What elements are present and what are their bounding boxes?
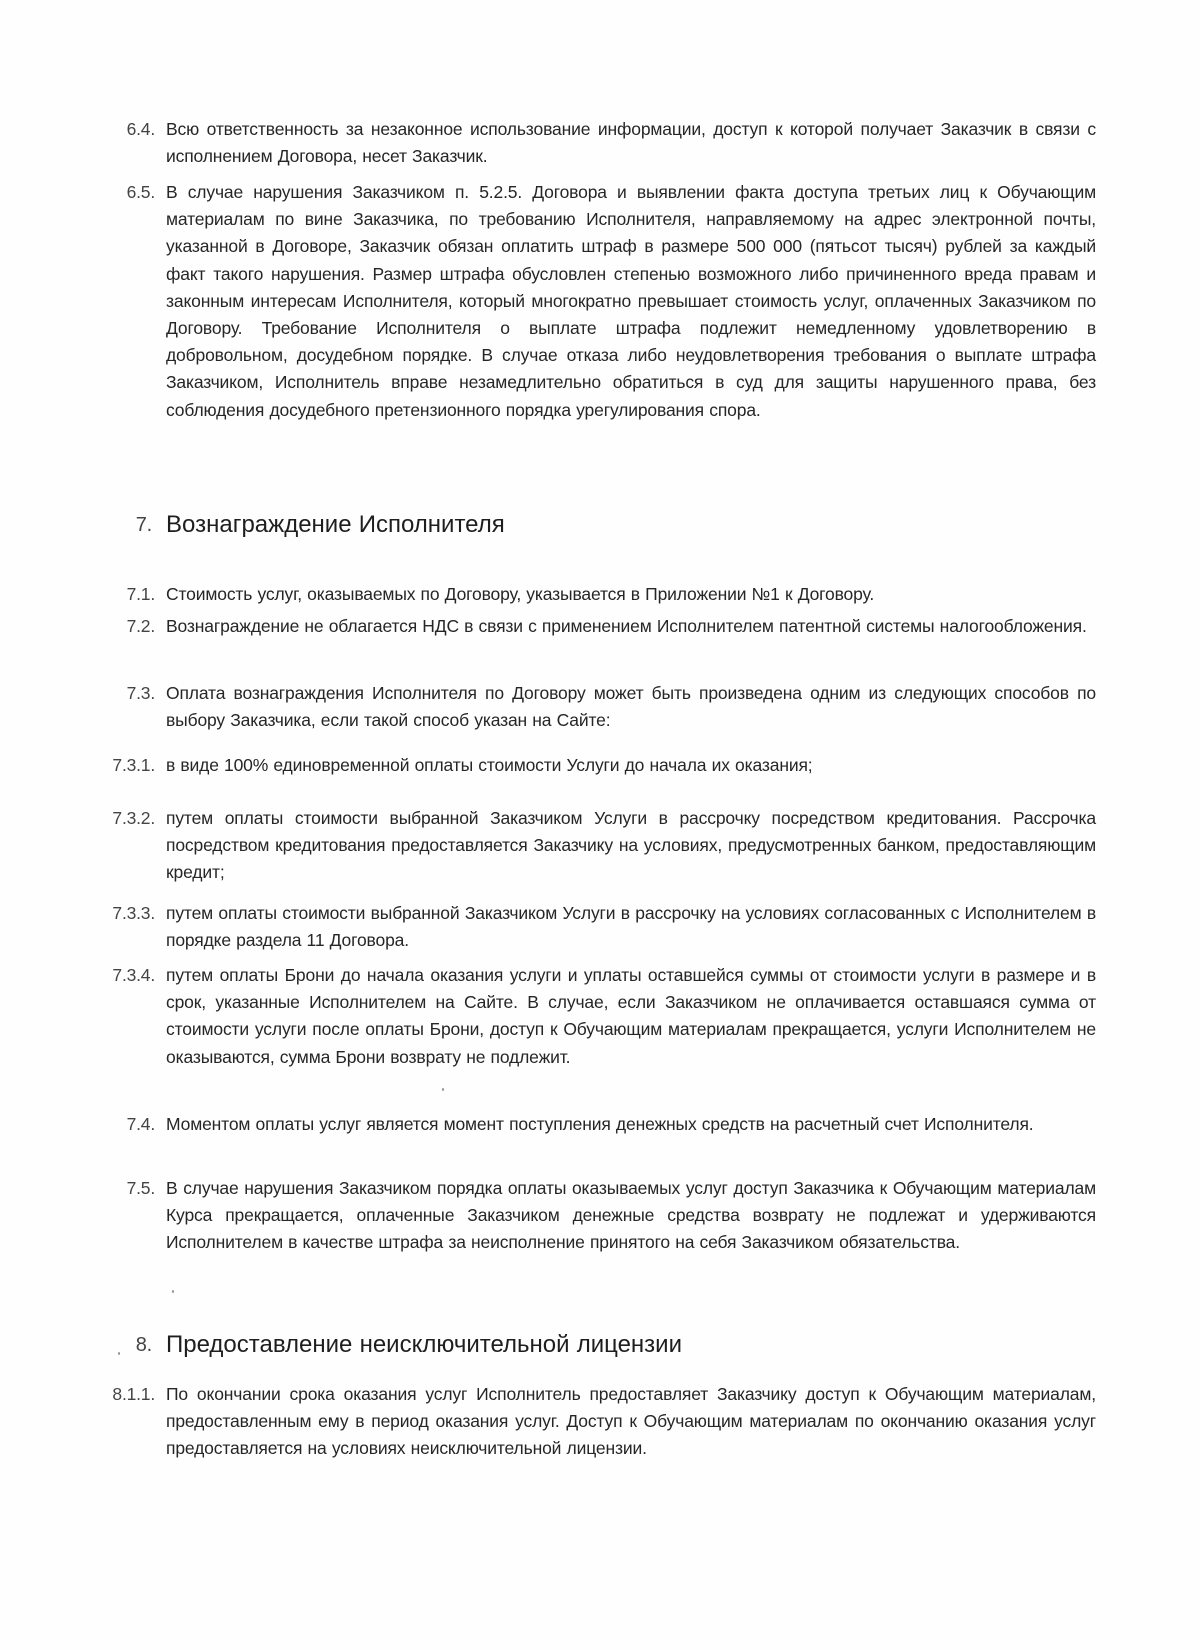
section-title: Вознаграждение Исполнителя (166, 508, 1096, 542)
clause-text: путем оплаты стоимости выбранной Заказчи… (166, 805, 1096, 887)
clause-number: 7.3.2. (112, 805, 155, 832)
clause-number: 7.1. (127, 581, 155, 608)
clause-number: 7.3. (127, 680, 155, 707)
section-title: Предоставление неисключительной лицензии (166, 1328, 1096, 1362)
clause-text: Стоимость услуг, оказываемых по Договору… (166, 581, 1096, 608)
scan-artifact (442, 1088, 444, 1091)
clause-text: Вознаграждение не облагается НДС в связи… (166, 613, 1096, 640)
clause-number: 8.1.1. (112, 1381, 155, 1408)
clause-number: 7.3.1. (112, 752, 155, 779)
clause-text: Оплата вознаграждения Исполнителя по Дог… (166, 680, 1096, 734)
clause-text: путем оплаты Брони до начала оказания ус… (166, 962, 1096, 1071)
clause-number: 7.4. (127, 1111, 155, 1138)
clause-text: в виде 100% единовременной оплаты стоимо… (166, 752, 1096, 779)
clause-text: Моментом оплаты услуг является момент по… (166, 1111, 1096, 1138)
clause-text: В случае нарушения Заказчиком п. 5.2.5. … (166, 179, 1096, 424)
scanned-document-page: 6.4. Всю ответственность за незаконное и… (0, 0, 1200, 1650)
clause-number: 7.2. (127, 613, 155, 640)
scan-artifact (118, 1352, 120, 1355)
section-number: 8. (136, 1328, 152, 1362)
section-number: 7. (136, 508, 152, 542)
clause-number: 6.5. (127, 179, 155, 206)
clause-number: 7.5. (127, 1175, 155, 1202)
clause-text: путем оплаты стоимости выбранной Заказчи… (166, 900, 1096, 954)
clause-text: В случае нарушения Заказчиком порядка оп… (166, 1175, 1096, 1257)
clause-text: По окончании срока оказания услуг Исполн… (166, 1381, 1096, 1463)
clause-number: 6.4. (127, 116, 155, 143)
clause-text: Всю ответственность за незаконное исполь… (166, 116, 1096, 170)
clause-number: 7.3.4. (112, 962, 155, 989)
clause-number: 7.3.3. (112, 900, 155, 927)
scan-artifact (172, 1290, 174, 1293)
